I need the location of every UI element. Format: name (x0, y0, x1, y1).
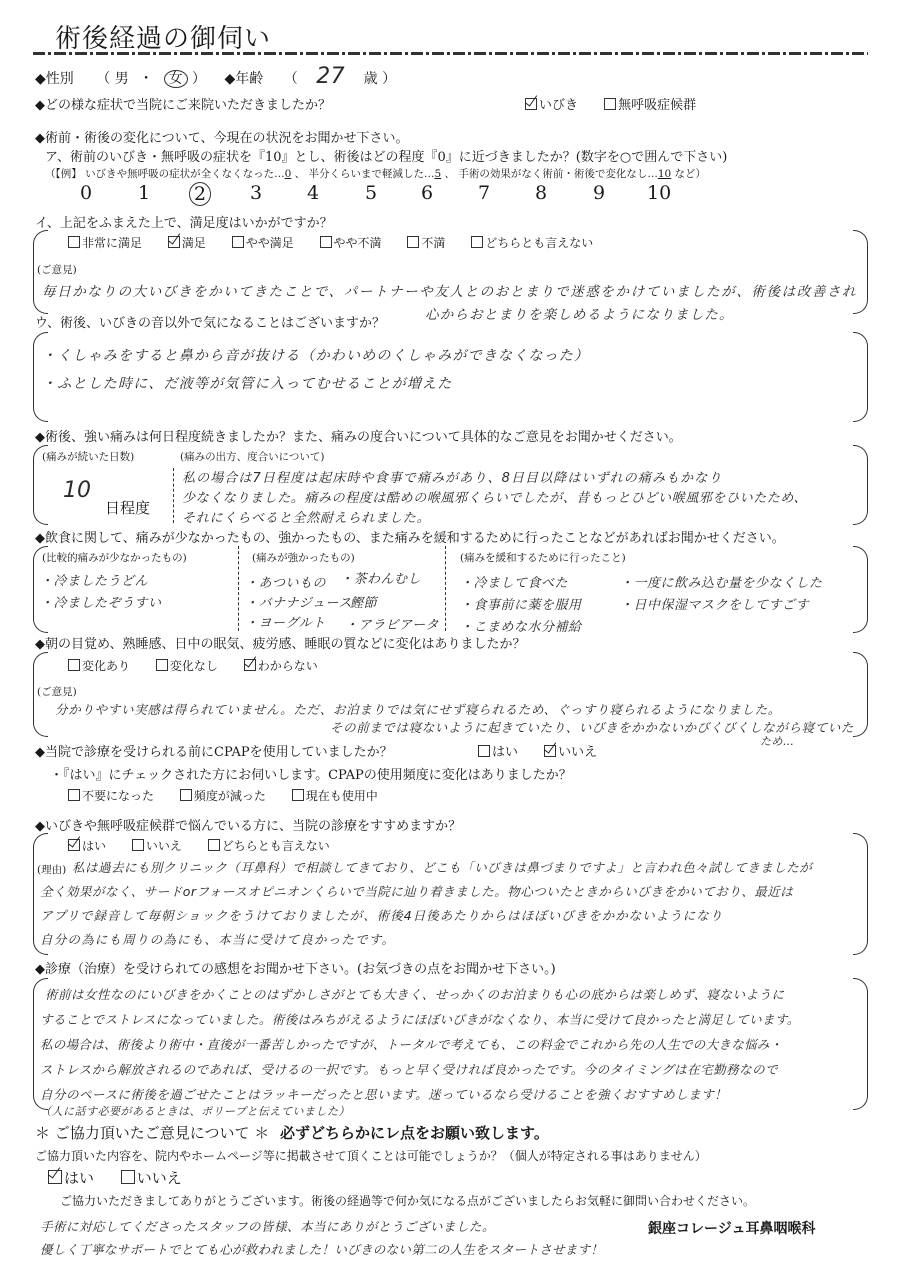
cpap-option-yes[interactable]: はい (478, 745, 518, 760)
satisfaction-somewhat-dissatisfied[interactable]: やや不満 (320, 236, 382, 250)
pain-detail-label: (痛みの出方、度合いについて) (180, 449, 324, 464)
food-strong-item-5[interactable]: 鰹節 (350, 592, 377, 611)
cpap-options: はい いいえ (478, 741, 597, 760)
satisfaction-box-right (853, 230, 868, 314)
checkbox-icon (156, 659, 168, 671)
recommend-reason-line2[interactable]: 全く効果がなく、サードorフォースオピニオンくらいで当院に辿り着きました。物心つ… (40, 882, 793, 900)
pain-detail-line1[interactable]: 私の場合は7日程度は起床時や食事で痛みがあり、8日目以降はいずれの痛みもかなり (182, 467, 722, 486)
food-strong-item-3[interactable]: ・ヨーグルト (245, 612, 326, 631)
sleep-comment-line3[interactable]: ため… (760, 733, 795, 749)
cpap-followup: ・『はい』にチェックされた方にお伺いします。CPAPの使用頻度に変化はありました… (50, 764, 572, 783)
satisfaction-comment-line1[interactable]: 毎日かなりの大いびきをかいてきたことで、パートナーや友人とのおとまりで迷惑をかけ… (42, 280, 857, 300)
scale-10[interactable]: 10 (647, 182, 671, 204)
checkbox-icon (471, 236, 483, 248)
sleep-options: 変化あり 変化なし わからない (68, 657, 318, 674)
age-label: ◆年齢 (225, 71, 264, 87)
cpap-followup-reduced[interactable]: 頻度が減った (180, 789, 266, 803)
gender-label: ◆性別 (35, 71, 74, 87)
symptom-option-apnea[interactable]: 無呼吸症候群 (604, 98, 696, 113)
food-strong-item-6[interactable]: ・アラビアータ (345, 614, 439, 633)
recommend-reason-line3[interactable]: アプリで録音して毎朝ショックをうけておりましたが、術後4日後あたりからはほぼいび… (40, 906, 723, 924)
clinic-name: 銀座コレージュ耳鼻咽喉科 (648, 1218, 815, 1238)
scale-6[interactable]: 6 (421, 182, 433, 204)
recommend-reason-label: (理由) (37, 862, 66, 877)
food-strong-item-4[interactable]: ・茶わんむし (340, 568, 421, 587)
scale-7[interactable]: 7 (478, 182, 490, 204)
recommend-box-right (853, 833, 868, 955)
satisfaction-very-satisfied[interactable]: 非常に満足 (68, 236, 142, 250)
other-concerns-question: ウ、術後、いびきの音以外で気になることはございますか？ (35, 312, 385, 331)
title-divider (33, 52, 868, 55)
concerns-line2[interactable]: ・ふとした時に、だ液等が気管に入ってむせることが増えた (42, 373, 452, 393)
cpap-option-no[interactable]: いいえ (544, 745, 597, 760)
food-question: ◆飲食に関して、痛みが少なかったもの、強かったもの、また痛みを緩和するために行っ… (35, 527, 785, 546)
scale-1[interactable]: 1 (138, 182, 150, 204)
sleep-option-changed[interactable]: 変化あり (68, 659, 130, 673)
pain-box-right (853, 445, 868, 525)
satisfaction-question: イ、上記をふまえた上で、満足度はいかがですか？ (35, 212, 333, 231)
scale-4[interactable]: 4 (307, 182, 319, 204)
pain-question: ◆術後、強い痛みは何日程度続きましたか？また、痛みの度合いについて具体的なご意見… (35, 426, 682, 445)
checkbox-checked-icon (68, 839, 80, 851)
impression-question: ◆診療（治療）を受けられての感想をお聞かせ下さい。(お気づきの点をお聞かせ下さい… (35, 958, 556, 977)
recommend-options: はい いいえ どちらとも言えない (68, 837, 330, 854)
checkbox-icon (232, 236, 244, 248)
scale-2-selected[interactable]: 2 (189, 182, 211, 206)
food-box-right (853, 546, 868, 633)
food-relief-item-1[interactable]: ・冷まして食べた (460, 572, 568, 591)
checkbox-checked-icon (544, 745, 556, 757)
impression-line5[interactable]: 自分のペースに術後を過ごせたことはラッキーだったと思います。迷っているなら受ける… (40, 1085, 727, 1103)
food-divider-1 (238, 546, 239, 631)
consent-question: ご協力頂いた内容を、院内やホームページ等に掲載させて頂くことは可能でしょうか？（… (35, 1147, 707, 1164)
consent-options: はい いいえ (48, 1167, 182, 1188)
cpap-followup-options: 不要になった 頻度が減った 現在も使用中 (68, 787, 378, 804)
scale-3[interactable]: 3 (250, 182, 262, 204)
checkbox-icon (68, 789, 80, 801)
checkbox-checked-icon (525, 98, 537, 110)
profile-row: ◆性別 （ 男 ・ 女 ） ◆年齢 （ 27 歳 ） (35, 64, 396, 89)
sleep-option-unchanged[interactable]: 変化なし (156, 659, 218, 673)
consent-option-no[interactable]: いいえ (121, 1169, 182, 1187)
sleep-option-unknown[interactable]: わからない (244, 659, 318, 673)
recommend-reason-line4[interactable]: 自分の為にも周りの為にも、本当に受けて良かったです。 (40, 930, 395, 948)
sleep-comment-line1[interactable]: 分かりやすい実感は得られていません。ただ、お泊まりでは気にせず寝られるため、ぐっ… (55, 700, 781, 718)
checkbox-icon (478, 745, 490, 757)
concerns-line1[interactable]: ・くしゃみをすると鼻から音が抜ける（かわいめのくしゃみができなくなった） (42, 345, 589, 365)
satisfaction-neutral[interactable]: どちらとも言えない (471, 236, 593, 250)
food-divider-2 (445, 546, 446, 631)
checkbox-icon (121, 1170, 135, 1184)
recommend-reason-line1[interactable]: 私は過去にも別クリニック（耳鼻科）で相談してきており、どこも「いびきは鼻づまりで… (72, 858, 812, 876)
cpap-question: ◆当院で診療を受けられる前にCPAPを使用していましたか？ (35, 741, 393, 760)
checkbox-icon (208, 839, 220, 851)
satisfaction-comment-line2[interactable]: 心からおとまりを楽しめるようになりました。 (425, 303, 734, 323)
checkbox-icon (68, 659, 80, 671)
pain-days-label: (痛みが続いた日数) (42, 449, 134, 464)
impression-line3[interactable]: 私の場合は、術後より術中・直後が一番苦しかったですが、トータルで考えても、この料… (40, 1035, 782, 1053)
concerns-box-right (853, 332, 868, 422)
sleep-question: ◆朝の目覚め、熟睡感、日中の眠気、疲労感、睡眠の質などに変化はありましたか？ (35, 633, 525, 652)
food-relief-item-4[interactable]: ・一度に飲み込む量を少なくした (620, 572, 823, 591)
age-value[interactable]: 27 (316, 64, 345, 89)
checkbox-icon (292, 789, 304, 801)
checkbox-icon (604, 98, 616, 110)
satisfaction-somewhat-satisfied[interactable]: やや満足 (232, 236, 294, 250)
food-strong-label: (痛みが強かったもの) (252, 550, 355, 565)
food-relief-item-2[interactable]: ・食事前に薬を服用 (460, 594, 582, 613)
impression-line4[interactable]: ストレスから解放されるのであれば、受けるの一択です。もっと早く受ければ良かったで… (40, 1060, 778, 1078)
consent-option-yes[interactable]: はい (48, 1169, 94, 1187)
checkbox-icon (407, 236, 419, 248)
checkbox-icon (68, 236, 80, 248)
impression-line6[interactable]: （人に話す必要があるときは、ポリープと伝えていました） (40, 1103, 350, 1119)
checkbox-icon (132, 839, 144, 851)
pain-detail-line3[interactable]: それにくらべると全然耐えられました。 (182, 507, 430, 526)
scale-8[interactable]: 8 (535, 182, 547, 204)
impression-line1[interactable]: 術前は女性なのにいびきをかくことのはずかしさがとても大きく、せっかくのお泊まりも… (45, 985, 785, 1003)
sleep-box-right (853, 652, 868, 737)
impression-box-right (853, 978, 868, 1110)
pain-days-value[interactable]: 10 (63, 478, 91, 503)
food-less-item-1[interactable]: ・冷ましたうどん (40, 570, 148, 589)
checkbox-checked-icon (244, 659, 256, 671)
food-less-item-2[interactable]: ・冷ましたぞうすい (40, 592, 162, 611)
satisfaction-comment-label: (ご意見) (37, 262, 77, 277)
checkbox-checked-icon (48, 1170, 62, 1184)
checkbox-icon (180, 789, 192, 801)
impression-line2[interactable]: することでストレスになっていました。術後はみちがえるようにほぼいびきがなくなり、… (40, 1010, 800, 1028)
food-less-label: (比較的痛みが少なかったもの) (42, 550, 187, 565)
symptom-options: いびき 無呼吸症候群 (525, 94, 696, 113)
footer-message-line2[interactable]: 優しく丁寧なサポートでとても心が救われました！いびきのない第二の人生をスタートさ… (40, 1240, 603, 1258)
scale-5[interactable]: 5 (365, 182, 377, 204)
consent-heading: ＊ ご協力頂いたご意見について ＊ 必ずどちらかにレ点をお願い致します。 (35, 1122, 549, 1143)
gender-option-female[interactable]: 女 (164, 70, 188, 88)
pain-detail-line2[interactable]: 少なくなりました。痛みの程度は酷めの喉風邪くらいでしたが、昔もっとひどい喉風邪を… (182, 487, 807, 506)
scale-9[interactable]: 9 (593, 182, 605, 204)
change-heading: ◆術前・術後の変化について、今現在の状況をお聞かせ下さい。 (35, 127, 408, 146)
page-title: 術後経過の御伺い (55, 18, 271, 55)
symptom-option-snoring[interactable]: いびき (525, 98, 578, 113)
food-strong-item-2[interactable]: ・バナナジュース (245, 592, 352, 611)
checkbox-icon (320, 236, 332, 248)
food-relief-item-5[interactable]: ・日中保湿マスクをしてすごす (620, 594, 809, 613)
gender-option-male[interactable]: 男 (115, 71, 129, 87)
symptom-question: ◆どの様な症状で当院にご来院いただきましたか？ (35, 94, 331, 113)
sleep-comment-label: (ご意見) (37, 684, 77, 699)
food-relief-label: (痛みを緩和するために行ったこと) (460, 550, 626, 565)
pain-divider (173, 468, 174, 523)
cpap-followup-not-needed[interactable]: 不要になった (68, 789, 154, 803)
food-strong-item-1[interactable]: ・あついもの (245, 572, 326, 591)
change-example: （【例】 いびきや無呼吸の症状が全くなくなった…0 、 半分くらいまで軽減した…… (45, 166, 706, 181)
cpap-followup-still-using[interactable]: 現在も使用中 (292, 789, 378, 803)
satisfaction-satisfied[interactable]: 満足 (168, 236, 206, 250)
pain-days-unit: 日程度 (105, 497, 150, 518)
recommend-option-no[interactable]: いいえ (132, 839, 182, 853)
satisfaction-options: 非常に満足 満足 やや満足 やや不満 不満 どちらとも言えない (68, 234, 593, 251)
recommend-option-yes[interactable]: はい (68, 839, 106, 853)
footer-thanks: ご協力いただきましてありがとうございます。術後の経過等で何か気になる点がございま… (60, 1192, 755, 1209)
change-question-a: ア、術前のいびき・無呼吸の症状を『10』とし、術後はどの程度『0』に近づきました… (45, 146, 727, 165)
satisfaction-dissatisfied[interactable]: 不満 (407, 236, 445, 250)
recommend-question: ◆いびきや無呼吸症候群で悩んでいる方に、当院の診療をすすめますか？ (35, 815, 461, 834)
checkbox-checked-icon (168, 236, 180, 248)
footer-message-line1[interactable]: 手術に対応してくださったスタッフの皆様、本当にありがとうございました。 (40, 1217, 495, 1235)
recommend-option-neutral[interactable]: どちらとも言えない (208, 839, 330, 853)
scale-0[interactable]: 0 (80, 182, 92, 204)
